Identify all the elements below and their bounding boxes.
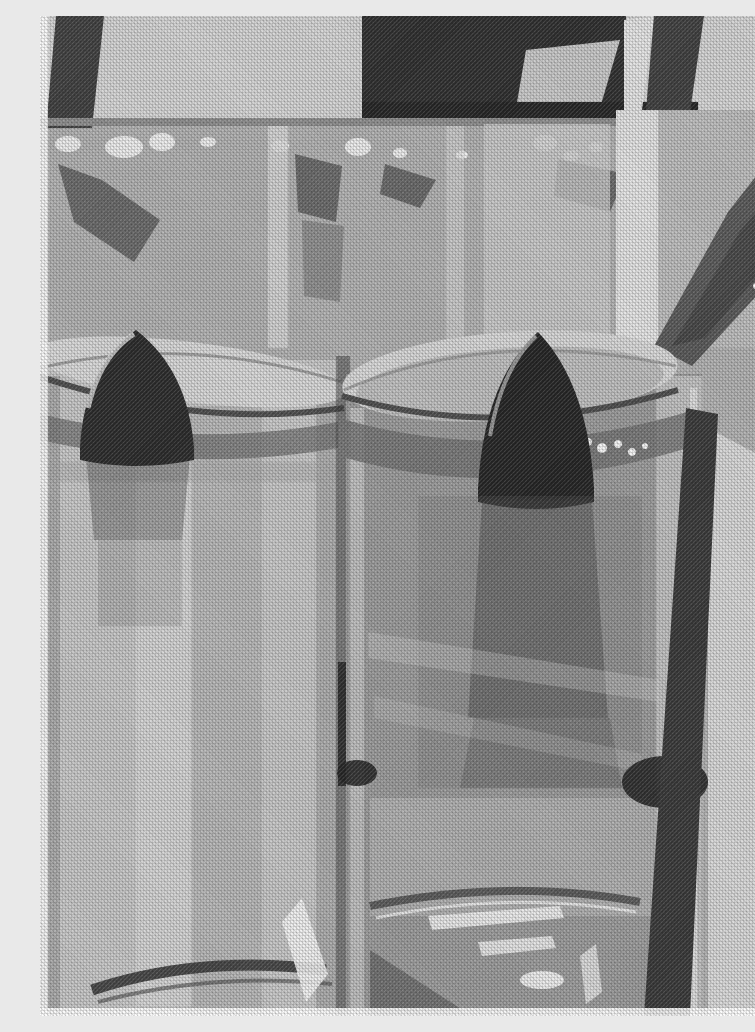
bokeh-dot [393, 148, 407, 158]
clutter-shape [302, 220, 344, 302]
sparkle-dot [628, 448, 636, 456]
right-counter-strip [708, 428, 755, 1016]
bottom-highlight-blob [520, 971, 564, 989]
background-panel [268, 126, 288, 348]
halftone-photo-two-glasses: Black-and-white halftone photograph: two… [40, 16, 755, 1016]
bokeh-dot [345, 138, 371, 156]
left-dome-fade [86, 456, 190, 540]
bokeh-dot [200, 137, 216, 147]
sparkle-dot [614, 440, 622, 448]
bokeh-dot [149, 133, 175, 151]
left-glass-inner-shade [190, 406, 262, 1016]
right-glass-left-wall [350, 408, 364, 1016]
photo-edge-bottom [40, 1008, 755, 1016]
background-panel [484, 124, 610, 348]
photo-edge-left [40, 16, 48, 1016]
left-dome-fade-lower [98, 540, 182, 626]
sparkle-dot [642, 443, 648, 449]
dark-blob-left [337, 760, 377, 786]
bright-glass-column [616, 110, 658, 348]
bokeh-dot [105, 136, 143, 158]
sparkle-dot [597, 443, 607, 453]
background-panel [446, 126, 464, 348]
bokeh-dot [55, 136, 81, 152]
